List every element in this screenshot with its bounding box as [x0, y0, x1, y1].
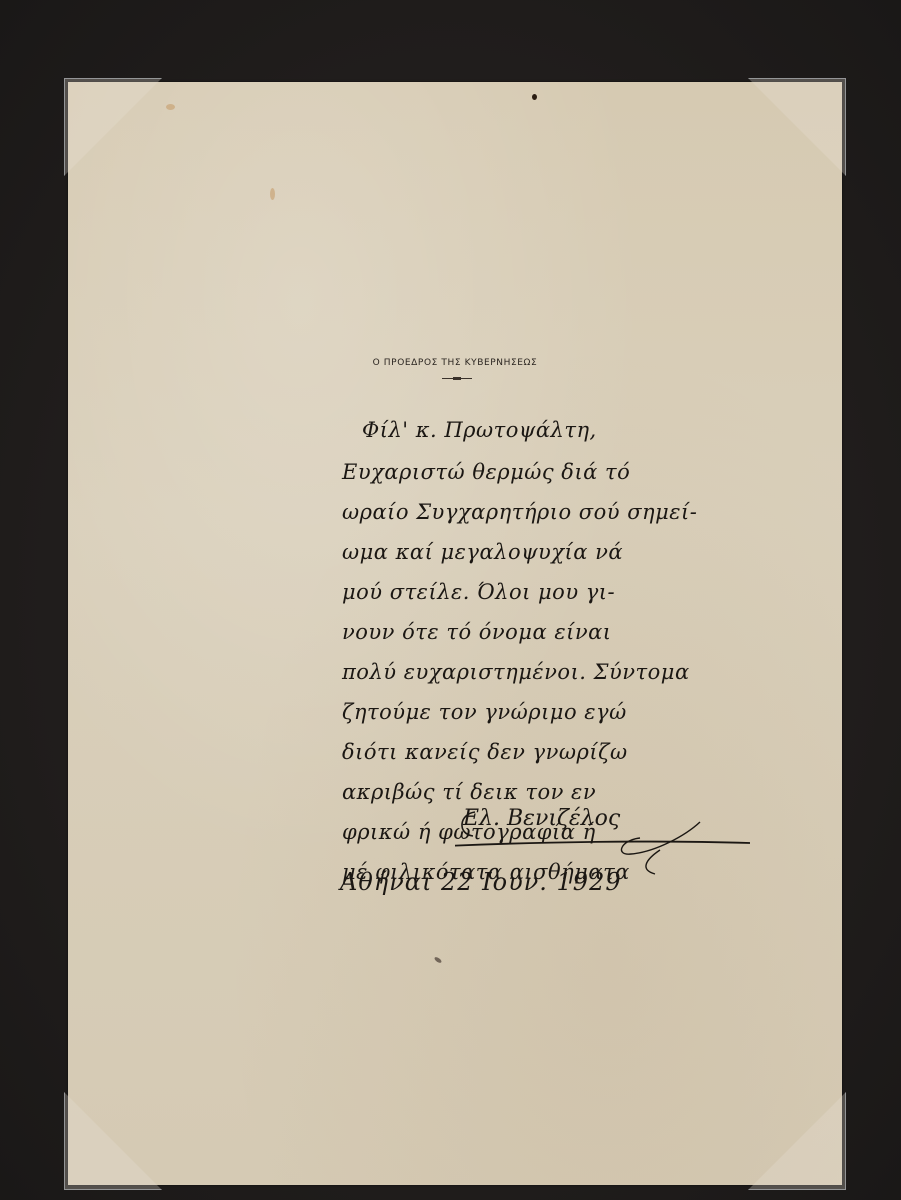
letterhead-divider: [442, 378, 472, 379]
foxing-stain: [270, 188, 275, 200]
body-line: Ευχαριστώ θερμώς διά τό: [342, 452, 782, 492]
body-line: ωραίο Συγχαρητήριο σού σημεί-: [342, 492, 782, 532]
body-line: νουν ότε τό όνομα είναι: [342, 612, 782, 652]
body-line: διότι κανείς δεν γνωρίζω: [342, 732, 782, 772]
salutation: Φίλ' κ. Πρωτοψάλτη,: [342, 410, 782, 452]
body-line: μού στείλε. Όλοι μου γι-: [342, 572, 782, 612]
foxing-stain: [166, 104, 175, 110]
body-line: ζητούμε τον γνώριμο εγώ: [342, 692, 782, 732]
body-line: πολύ ευχαριστημένοι. Σύντομα: [342, 652, 782, 692]
pinhole-mark: [532, 94, 537, 100]
letterhead-title: Ο ΠΡΟΕΔΡΟΣ ΤΗΣ ΚΥΒΕΡΝΗΣΕΩΣ: [330, 358, 580, 368]
body-line: ωμα καί μεγαλοψυχία νά: [342, 532, 782, 572]
dateline: Αθήναι 22 Ιουν. 1929: [340, 868, 622, 896]
